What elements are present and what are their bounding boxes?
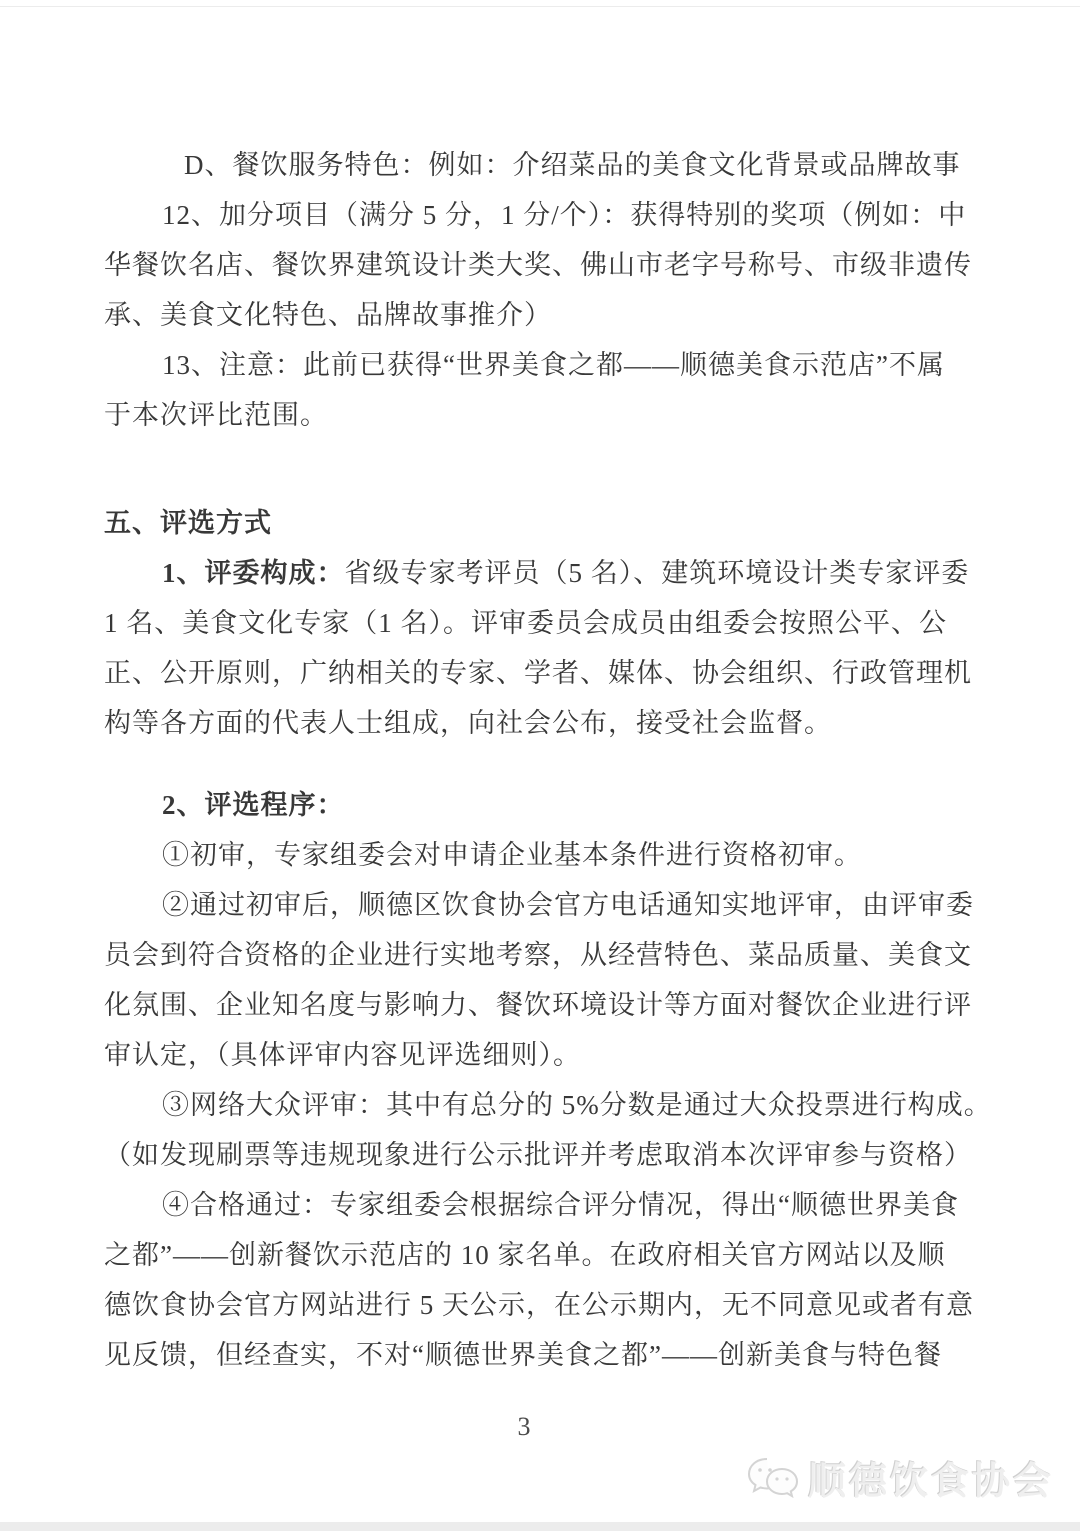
doc-line: 构等各方面的代表人士组成，向社会公布，接受社会监督。 xyxy=(104,698,984,748)
doc-line-text: D、餐饮服务特色：例如：介绍菜品的美食文化背景或品牌故事 xyxy=(184,150,961,180)
doc-line: 承、美食文化特色、品牌故事推介） xyxy=(104,290,984,340)
doc-line: 见反馈，但经查实，不对“顺德世界美食之都”——创新美食与特色餐 xyxy=(104,1330,984,1380)
subsection-heading-bold: 2、评选程序： xyxy=(162,790,345,820)
document-page: D、餐饮服务特色：例如：介绍菜品的美食文化背景或品牌故事 12、加分项目（满分 … xyxy=(104,0,984,1380)
doc-line-bold: 1、评委构成： xyxy=(162,558,345,588)
doc-line-text: 德饮食协会官方网站进行 5 天公示，在公示期内，无不同意见或者有意 xyxy=(104,1290,974,1320)
doc-line-text: 之都”——创新餐饮示范店的 10 家名单。在政府相关官方网站以及顺 xyxy=(104,1240,945,1270)
chat-bubbles-icon xyxy=(746,1455,798,1501)
doc-line-text: 员会到符合资格的企业进行实地考察，从经营特色、菜品质量、美食文 xyxy=(104,940,972,970)
doc-line-text: 审认定，（具体评审内容见评选细则）。 xyxy=(104,1040,581,1070)
doc-line: 德饮食协会官方网站进行 5 天公示，在公示期内，无不同意见或者有意 xyxy=(104,1280,984,1330)
page-bottom-strip xyxy=(0,1522,1080,1531)
doc-line: 1 名、美食文化专家（1 名）。评审委员会成员由组委会按照公平、公 xyxy=(104,598,984,648)
section-heading-bold: 五、评选方式 xyxy=(104,508,272,538)
doc-line-text: 承、美食文化特色、品牌故事推介） xyxy=(104,300,552,330)
doc-line-text: （如发现刷票等违规现象进行公示批评并考虑取消本次评审参与资格） xyxy=(104,1140,972,1170)
doc-line: ①初审，专家组委会对申请企业基本条件进行资格初审。 xyxy=(104,830,984,880)
doc-line-text: ④合格通过：专家组委会根据综合评分情况，得出“顺德世界美食 xyxy=(162,1190,959,1220)
doc-line-text: 省级专家考评员（5 名）、建筑环境设计类专家评委 xyxy=(345,558,970,588)
doc-line-text: 化氛围、企业知名度与影响力、餐饮环境设计等方面对餐饮企业进行评 xyxy=(104,990,972,1020)
watermark-text: 顺德饮食协会 xyxy=(808,1450,1054,1505)
doc-line: D、餐饮服务特色：例如：介绍菜品的美食文化背景或品牌故事 xyxy=(104,140,984,190)
doc-line: （如发现刷票等违规现象进行公示批评并考虑取消本次评审参与资格） xyxy=(104,1130,984,1180)
doc-line: 之都”——创新餐饮示范店的 10 家名单。在政府相关官方网站以及顺 xyxy=(104,1230,984,1280)
doc-line: 于本次评比范围。 xyxy=(104,390,984,440)
section-heading: 五、评选方式 xyxy=(104,498,984,548)
doc-line-text: 正、公开原则，广纳相关的专家、学者、媒体、协会组织、行政管理机 xyxy=(104,658,972,688)
doc-line-text: 构等各方面的代表人士组成，向社会公布，接受社会监督。 xyxy=(104,708,832,738)
doc-line: 1、评委构成：省级专家考评员（5 名）、建筑环境设计类专家评委 xyxy=(104,548,984,598)
doc-line: 13、注意：此前已获得“世界美食之都——顺德美食示范店”不属 xyxy=(104,340,984,390)
doc-line: 华餐饮名店、餐饮界建筑设计类大奖、佛山市老字号称号、市级非遗传 xyxy=(104,240,984,290)
doc-line: 审认定，（具体评审内容见评选细则）。 xyxy=(104,1030,984,1080)
doc-line-text: 于本次评比范围。 xyxy=(104,400,328,430)
watermark: 顺德饮食协会 xyxy=(746,1450,1054,1505)
doc-line: 化氛围、企业知名度与影响力、餐饮环境设计等方面对餐饮企业进行评 xyxy=(104,980,984,1030)
doc-line: 12、加分项目（满分 5 分，1 分/个）：获得特别的奖项（例如：中 xyxy=(104,190,984,240)
doc-line: 员会到符合资格的企业进行实地考察，从经营特色、菜品质量、美食文 xyxy=(104,930,984,980)
doc-line: 正、公开原则，广纳相关的专家、学者、媒体、协会组织、行政管理机 xyxy=(104,648,984,698)
doc-line: ②通过初审后，顺德区饮食协会官方电话通知实地评审，由评审委 xyxy=(104,880,984,930)
doc-line-text: 见反馈，但经查实，不对“顺德世界美食之都”——创新美食与特色餐 xyxy=(104,1340,942,1370)
doc-line-text: 华餐饮名店、餐饮界建筑设计类大奖、佛山市老字号称号、市级非遗传 xyxy=(104,250,972,280)
page-number: 3 xyxy=(0,1412,1048,1442)
doc-line-text: ③网络大众评审：其中有总分的 5%分数是通过大众投票进行构成。 xyxy=(162,1090,992,1120)
doc-line: ③网络大众评审：其中有总分的 5%分数是通过大众投票进行构成。 xyxy=(104,1080,984,1130)
doc-line-text: 13、注意：此前已获得“世界美食之都——顺德美食示范店”不属 xyxy=(162,350,945,380)
doc-line-text: ②通过初审后，顺德区饮食协会官方电话通知实地评审，由评审委 xyxy=(162,890,974,920)
doc-line-text: 12、加分项目（满分 5 分，1 分/个）：获得特别的奖项（例如：中 xyxy=(162,200,966,230)
subsection-heading: 2、评选程序： xyxy=(104,780,984,830)
doc-line-text: 1 名、美食文化专家（1 名）。评审委员会成员由组委会按照公平、公 xyxy=(104,608,947,638)
doc-line-text: ①初审，专家组委会对申请企业基本条件进行资格初审。 xyxy=(162,840,862,870)
doc-line: ④合格通过：专家组委会根据综合评分情况，得出“顺德世界美食 xyxy=(104,1180,984,1230)
